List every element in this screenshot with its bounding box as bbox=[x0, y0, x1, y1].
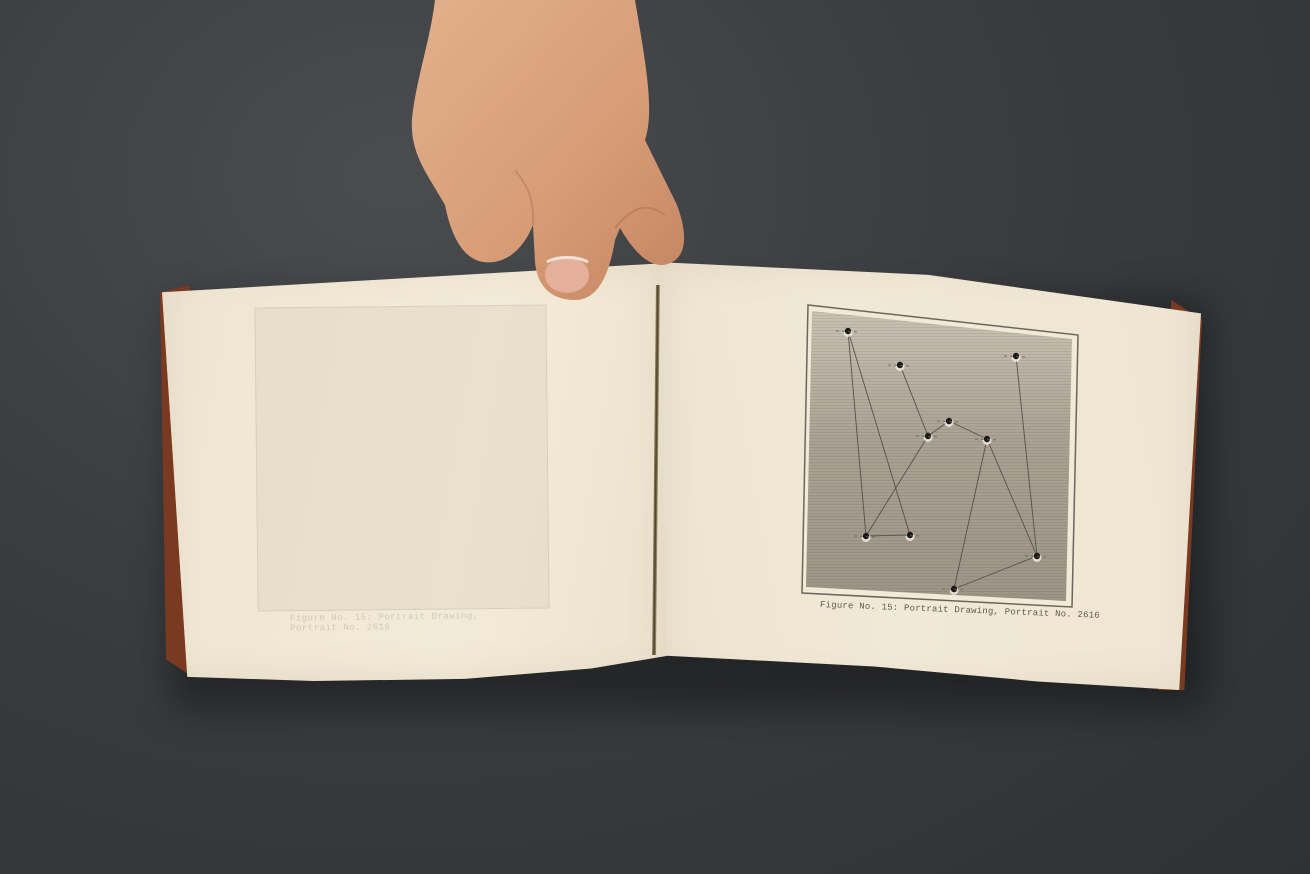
show-through-caption: Figure No. 15: Portrait Drawing, Portrai… bbox=[290, 610, 530, 633]
photo-scene: Figure No. 15: Portrait Drawing, Portrai… bbox=[0, 0, 1310, 874]
show-through-plate bbox=[254, 304, 549, 611]
hand bbox=[405, 0, 695, 305]
figure-plate bbox=[800, 303, 1080, 608]
portrait-drawing-figure bbox=[800, 303, 1080, 608]
